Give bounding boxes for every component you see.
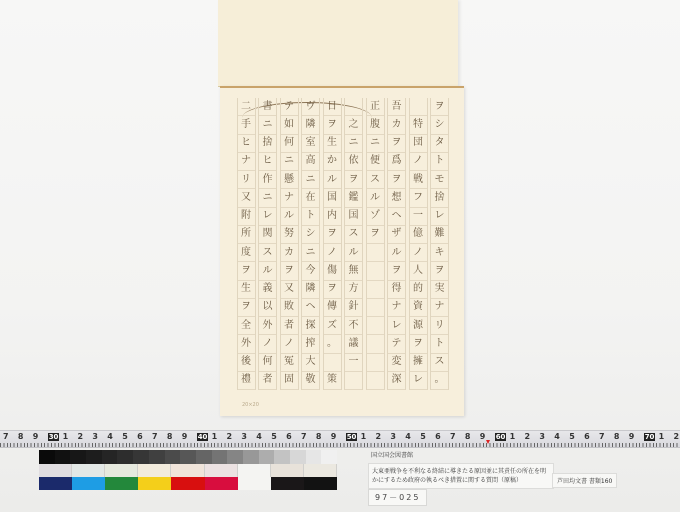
ruler-label: 7 bbox=[152, 432, 158, 441]
grid-cell: 何 bbox=[259, 354, 276, 372]
institution-name: 国立国会図書館 bbox=[371, 450, 554, 459]
grid-cell: ニ bbox=[281, 153, 298, 171]
ruler-label: 5 bbox=[122, 432, 128, 441]
genko-grid: ヲシタトモ捨レ難キヲ実ナリトス。特団ノ戦フ一億ノ人的資源ヲ擁レ吾カヲ爲ヲ想ヘザル… bbox=[234, 98, 448, 398]
ruler-label: 5 bbox=[569, 432, 575, 441]
grid-cell bbox=[367, 372, 384, 390]
ruler-label: 4 bbox=[405, 432, 411, 441]
grid-cell: シ bbox=[302, 226, 319, 244]
color-patch bbox=[105, 464, 138, 477]
grid-cell: 捨 bbox=[431, 189, 448, 207]
color-patch bbox=[271, 477, 304, 490]
grid-cell: ル bbox=[388, 244, 405, 262]
grid-cell: タ bbox=[431, 135, 448, 153]
grid-cell: 者 bbox=[259, 372, 276, 390]
color-patch bbox=[271, 464, 304, 477]
ruler-label: 2 bbox=[376, 432, 382, 441]
grid-cell: 努 bbox=[281, 226, 298, 244]
grid-column: 書ニ捨ヒ作ニレ関スル義以外ノ何者 bbox=[258, 98, 277, 390]
ruler-label: 7 bbox=[301, 432, 307, 441]
grid-cell: 関 bbox=[259, 226, 276, 244]
previous-page-sheet bbox=[218, 0, 458, 87]
grid-cell: 爲 bbox=[388, 153, 405, 171]
grid-cell: ル bbox=[345, 244, 362, 262]
color-patch bbox=[227, 450, 243, 464]
grid-cell: 内 bbox=[324, 208, 341, 226]
ruler-label: 3 bbox=[539, 432, 545, 441]
ruler-label: 2 bbox=[674, 432, 680, 441]
grid-cell bbox=[410, 98, 427, 116]
color-patch bbox=[238, 477, 271, 490]
grid-cell: 擁 bbox=[410, 354, 427, 372]
grid-cell: 議 bbox=[345, 335, 362, 353]
grid-cell: フ bbox=[410, 189, 427, 207]
grid-cell: ノ bbox=[281, 335, 298, 353]
grid-cell: ニ bbox=[367, 135, 384, 153]
grid-cell: 外 bbox=[259, 317, 276, 335]
ruler-label: 4 bbox=[107, 432, 113, 441]
grid-cell: 。 bbox=[324, 335, 341, 353]
grid-cell bbox=[345, 372, 362, 390]
grid-cell: 手 bbox=[238, 116, 255, 134]
grid-cell: 無 bbox=[345, 262, 362, 280]
ruler-label: 9 bbox=[182, 432, 188, 441]
grid-cell: ヲ bbox=[431, 98, 448, 116]
grid-cell bbox=[367, 317, 384, 335]
grid-cell: ヲ bbox=[410, 335, 427, 353]
ruler-label: 9 bbox=[331, 432, 337, 441]
grid-cell: 変 bbox=[388, 354, 405, 372]
grid-cell: 。 bbox=[431, 372, 448, 390]
grid-cell: レ bbox=[259, 208, 276, 226]
grid-cell: ヲ bbox=[388, 262, 405, 280]
grid-cell: ト bbox=[431, 335, 448, 353]
color-patch bbox=[171, 477, 204, 490]
grid-cell: ノ bbox=[410, 244, 427, 262]
grid-cell: ヲ bbox=[345, 171, 362, 189]
grid-cell: 冤 bbox=[281, 354, 298, 372]
collection-reference: 芦田均文書 書類160 bbox=[552, 473, 617, 488]
color-patch bbox=[39, 477, 72, 490]
ruler-label: 3 bbox=[92, 432, 98, 441]
ruler-label: 8 bbox=[18, 432, 24, 441]
color-patch bbox=[149, 450, 165, 464]
ruler-label: 7 bbox=[599, 432, 605, 441]
grid-cell bbox=[367, 299, 384, 317]
color-patch bbox=[102, 450, 118, 464]
grid-cell: ナ bbox=[281, 189, 298, 207]
catalog-label: 国立国会図書館 大東亜戦争を不利なる終結に導きたる原因並に其責任の所在を明 かに… bbox=[368, 450, 554, 489]
color-patches bbox=[39, 477, 337, 490]
ruler-label: 6 bbox=[584, 432, 590, 441]
ruler-label: 1 bbox=[659, 432, 665, 441]
grid-cell: カ bbox=[281, 244, 298, 262]
grid-column: 吾カヲ爲ヲ想ヘザルヲ得ナレテ変深 bbox=[387, 98, 406, 390]
grid-cell: 作 bbox=[259, 171, 276, 189]
ruler-label: 70 bbox=[644, 433, 656, 441]
grid-cell: 外 bbox=[238, 335, 255, 353]
ruler-label: 8 bbox=[465, 432, 471, 441]
ruler-label: 3 bbox=[241, 432, 247, 441]
grid-cell: 難 bbox=[431, 226, 448, 244]
ruler-label: 1 bbox=[510, 432, 516, 441]
ruler-label: 4 bbox=[256, 432, 262, 441]
item-id: 97－025 bbox=[368, 489, 427, 506]
ruler-label: 30 bbox=[48, 433, 60, 441]
grid-cell: 禮 bbox=[238, 372, 255, 390]
color-patch bbox=[205, 464, 238, 477]
color-patch bbox=[259, 450, 275, 464]
grid-cell: 所 bbox=[238, 226, 255, 244]
ruler-label: 1 bbox=[361, 432, 367, 441]
bleed-through-text bbox=[218, 0, 458, 86]
grid-cell: 傷 bbox=[324, 262, 341, 280]
ruler-label: 9 bbox=[33, 432, 39, 441]
grid-cell: ル bbox=[259, 262, 276, 280]
grid-cell: 全 bbox=[238, 317, 255, 335]
ruler-label: 60 bbox=[495, 433, 507, 441]
grid-cell: ス bbox=[345, 226, 362, 244]
pastel-patches bbox=[39, 464, 337, 477]
grid-cell: 在 bbox=[302, 189, 319, 207]
grid-cell: 吾 bbox=[388, 98, 405, 116]
grid-cell: 二 bbox=[238, 98, 255, 116]
color-patch bbox=[212, 450, 228, 464]
grid-cell: 方 bbox=[345, 281, 362, 299]
grid-column: 之ニ依ヲ鑑国スル無方針不議一 bbox=[344, 98, 363, 390]
grid-cell: ル bbox=[281, 208, 298, 226]
grid-cell: ナ bbox=[388, 299, 405, 317]
ruler-label: 3 bbox=[390, 432, 396, 441]
grid-cell: 人 bbox=[410, 262, 427, 280]
color-patch bbox=[290, 450, 306, 464]
grid-cell: シ bbox=[431, 116, 448, 134]
grid-cell: ノ bbox=[259, 335, 276, 353]
color-patch bbox=[304, 464, 337, 477]
grid-column: ヴ隣室高ニ在トシニ今隣ヘ探搾大敬 bbox=[301, 98, 320, 390]
grid-cell: 義 bbox=[259, 281, 276, 299]
grid-cell: ヴ bbox=[302, 98, 319, 116]
grid-cell: 室 bbox=[302, 135, 319, 153]
grid-cell: テ bbox=[281, 98, 298, 116]
grid-cell: か bbox=[324, 153, 341, 171]
color-patch bbox=[133, 450, 149, 464]
grid-cell bbox=[367, 354, 384, 372]
grid-cell: ヲ bbox=[388, 171, 405, 189]
grid-cell: ヘ bbox=[302, 299, 319, 317]
grid-cell: ヲ bbox=[324, 116, 341, 134]
grid-cell: ヲ bbox=[431, 262, 448, 280]
grid-cell: ナ bbox=[238, 153, 255, 171]
grid-cell: 特 bbox=[410, 116, 427, 134]
grid-cell: キ bbox=[431, 244, 448, 262]
color-patch bbox=[243, 450, 259, 464]
ruler-label: 2 bbox=[525, 432, 531, 441]
grid-cell: 探 bbox=[302, 317, 319, 335]
color-patch bbox=[196, 450, 212, 464]
grid-cell: 針 bbox=[345, 299, 362, 317]
grid-cell: 又 bbox=[281, 281, 298, 299]
grid-cell: 高 bbox=[302, 153, 319, 171]
grid-cell: カ bbox=[388, 116, 405, 134]
color-patch bbox=[138, 477, 171, 490]
grid-cell: ニ bbox=[302, 171, 319, 189]
grid-cell: 生 bbox=[324, 135, 341, 153]
ruler-label: 2 bbox=[78, 432, 84, 441]
grid-column: テ如何ニ懸ナル努カヲ又敗者ノ冤固 bbox=[280, 98, 299, 390]
grid-cell: 捨 bbox=[259, 135, 276, 153]
ruler-label: 9 bbox=[480, 432, 486, 441]
grid-cell bbox=[367, 244, 384, 262]
grid-cell: ト bbox=[302, 208, 319, 226]
grid-cell: 生 bbox=[238, 281, 255, 299]
color-patch bbox=[72, 464, 105, 477]
color-patch bbox=[180, 450, 196, 464]
color-patch bbox=[117, 450, 133, 464]
grid-cell: 固 bbox=[281, 372, 298, 390]
manuscript-page: ヲシタトモ捨レ難キヲ実ナリトス。特団ノ戦フ一億ノ人的資源ヲ擁レ吾カヲ爲ヲ想ヘザル… bbox=[220, 86, 464, 416]
grid-cell: 何 bbox=[281, 135, 298, 153]
title-line-2: かにするため政府の執るべき措置に関する質問（原稿） bbox=[372, 476, 550, 485]
grid-cell bbox=[367, 335, 384, 353]
grid-cell: 的 bbox=[410, 281, 427, 299]
color-patch bbox=[70, 450, 86, 464]
color-patch bbox=[274, 450, 290, 464]
color-patch bbox=[86, 450, 102, 464]
grid-cell: 深 bbox=[388, 372, 405, 390]
grid-cell: 正 bbox=[367, 98, 384, 116]
title-line-1: 大東亜戦争を不利なる終結に導きたる原因並に其責任の所在を明 bbox=[372, 467, 550, 476]
ruler-label: 6 bbox=[286, 432, 292, 441]
grid-cell: 搾 bbox=[302, 335, 319, 353]
grid-cell: 之 bbox=[345, 116, 362, 134]
color-patch bbox=[321, 450, 337, 464]
grid-column: 正腹ニ便スルゾヲ bbox=[366, 98, 385, 390]
color-calibration-chart bbox=[39, 450, 337, 490]
grid-cell: ヲ bbox=[388, 135, 405, 153]
grid-cell: 腹 bbox=[367, 116, 384, 134]
ruler-label: 6 bbox=[435, 432, 441, 441]
grid-cell: ル bbox=[324, 171, 341, 189]
grid-cell: ゾ bbox=[367, 208, 384, 226]
grid-cell: ト bbox=[431, 153, 448, 171]
ruler-label: 6 bbox=[137, 432, 143, 441]
ruler-label: 2 bbox=[227, 432, 233, 441]
grid-cell: 国 bbox=[324, 189, 341, 207]
grid-cell: 億 bbox=[410, 226, 427, 244]
grid-column: 二手ヒナリ又附所度ヲ生ヲ全外後禮 bbox=[237, 98, 256, 390]
grid-cell bbox=[345, 98, 362, 116]
grid-cell: 一 bbox=[345, 354, 362, 372]
grid-cell: 隣 bbox=[302, 281, 319, 299]
grid-cell: 今 bbox=[302, 262, 319, 280]
grid-cell: 以 bbox=[259, 299, 276, 317]
ruler-label: 1 bbox=[63, 432, 69, 441]
grid-cell: 又 bbox=[238, 189, 255, 207]
grid-cell: レ bbox=[388, 317, 405, 335]
grid-cell: 想 bbox=[388, 189, 405, 207]
grid-cell: ノ bbox=[410, 153, 427, 171]
ruler-label: 8 bbox=[167, 432, 173, 441]
grid-cell: 大 bbox=[302, 354, 319, 372]
color-patch bbox=[39, 464, 72, 477]
grid-column: ヲシタトモ捨レ難キヲ実ナリトス。 bbox=[430, 98, 449, 390]
color-patch bbox=[39, 450, 55, 464]
ruler-label: 8 bbox=[614, 432, 620, 441]
ruler-label: 5 bbox=[420, 432, 426, 441]
grid-cell: 実 bbox=[431, 281, 448, 299]
grid-cell: リ bbox=[238, 171, 255, 189]
grid-cell: ス bbox=[431, 354, 448, 372]
grid-cell: 者 bbox=[281, 317, 298, 335]
grid-cell: 書 bbox=[259, 98, 276, 116]
ruler-label: 7 bbox=[450, 432, 456, 441]
grid-cell: ナ bbox=[431, 299, 448, 317]
grid-cell: リ bbox=[431, 317, 448, 335]
color-patch bbox=[171, 464, 204, 477]
grid-cell: 戦 bbox=[410, 171, 427, 189]
grid-cell: ノ bbox=[324, 244, 341, 262]
grid-cell: ル bbox=[367, 189, 384, 207]
ruler-label: 50 bbox=[346, 433, 358, 441]
ruler-label: 9 bbox=[629, 432, 635, 441]
grid-cell: 国 bbox=[345, 208, 362, 226]
grid-cell: ヘ bbox=[388, 208, 405, 226]
color-patch bbox=[138, 464, 171, 477]
grid-cell: レ bbox=[410, 372, 427, 390]
grid-cell: ニ bbox=[259, 116, 276, 134]
grid-cell: 便 bbox=[367, 153, 384, 171]
document-title: 大東亜戦争を不利なる終結に導きたる原因並に其責任の所在を明 かにするため政府の執… bbox=[368, 463, 554, 489]
color-patch bbox=[306, 450, 322, 464]
ruler-label: 4 bbox=[554, 432, 560, 441]
grid-cell: 敗 bbox=[281, 299, 298, 317]
grid-cell: ヲ bbox=[281, 262, 298, 280]
grid-cell: テ bbox=[388, 335, 405, 353]
grid-cell: 団 bbox=[410, 135, 427, 153]
grid-cell: ヲ bbox=[238, 262, 255, 280]
grid-cell: ス bbox=[367, 171, 384, 189]
grid-cell: ニ bbox=[259, 189, 276, 207]
grid-cell: 如 bbox=[281, 116, 298, 134]
grid-cell: ヒ bbox=[259, 153, 276, 171]
grid-cell bbox=[367, 262, 384, 280]
grid-cell: ニ bbox=[345, 135, 362, 153]
grid-cell: 資 bbox=[410, 299, 427, 317]
grid-cell: ヒ bbox=[238, 135, 255, 153]
grid-cell: 附 bbox=[238, 208, 255, 226]
grid-cell: ニ bbox=[302, 244, 319, 262]
grid-cell: 鑑 bbox=[345, 189, 362, 207]
ruler-label: 7 bbox=[3, 432, 9, 441]
grid-cell: 依 bbox=[345, 153, 362, 171]
grid-cell: 懸 bbox=[281, 171, 298, 189]
color-patch bbox=[205, 477, 238, 490]
ruler-marker bbox=[486, 440, 490, 444]
ruler-ticks bbox=[0, 443, 680, 447]
grid-cell: 得 bbox=[388, 281, 405, 299]
color-patch bbox=[72, 477, 105, 490]
grid-cell: 日 bbox=[324, 98, 341, 116]
color-patch bbox=[55, 450, 71, 464]
grid-column: 特団ノ戦フ一億ノ人的資源ヲ擁レ bbox=[409, 98, 428, 390]
grid-cell: ヲ bbox=[367, 226, 384, 244]
grid-cell: 隣 bbox=[302, 116, 319, 134]
grid-cell: ヲ bbox=[324, 281, 341, 299]
grid-cell: 敬 bbox=[302, 372, 319, 390]
grid-cell: 一 bbox=[410, 208, 427, 226]
grid-cell bbox=[324, 354, 341, 372]
grid-cell: ズ bbox=[324, 317, 341, 335]
grid-cell: 源 bbox=[410, 317, 427, 335]
color-patch bbox=[238, 464, 271, 477]
grid-cell: ヲ bbox=[238, 299, 255, 317]
grid-cell: ス bbox=[259, 244, 276, 262]
measuring-ruler: 7893012345678940123456789501234567896012… bbox=[0, 430, 680, 448]
ruler-label: 40 bbox=[197, 433, 209, 441]
grid-cell: 傳 bbox=[324, 299, 341, 317]
grid-column: 日ヲ生かル国内ヲノ傷ヲ傳ズ。策 bbox=[323, 98, 342, 390]
ruler-label: 1 bbox=[212, 432, 218, 441]
grid-cell bbox=[367, 281, 384, 299]
color-patch bbox=[105, 477, 138, 490]
grid-cell: 後 bbox=[238, 354, 255, 372]
paper-format-note: 20×20 bbox=[242, 402, 259, 408]
grid-cell: 度 bbox=[238, 244, 255, 262]
grid-cell: ザ bbox=[388, 226, 405, 244]
ruler-label: 8 bbox=[316, 432, 322, 441]
color-patch bbox=[304, 477, 337, 490]
color-patch bbox=[165, 450, 181, 464]
grid-cell: 策 bbox=[324, 372, 341, 390]
grid-cell: ヲ bbox=[324, 226, 341, 244]
grid-cell: レ bbox=[431, 208, 448, 226]
grid-cell: 不 bbox=[345, 317, 362, 335]
grid-cell: モ bbox=[431, 171, 448, 189]
grayscale-strip bbox=[39, 450, 337, 464]
ruler-label: 5 bbox=[271, 432, 277, 441]
